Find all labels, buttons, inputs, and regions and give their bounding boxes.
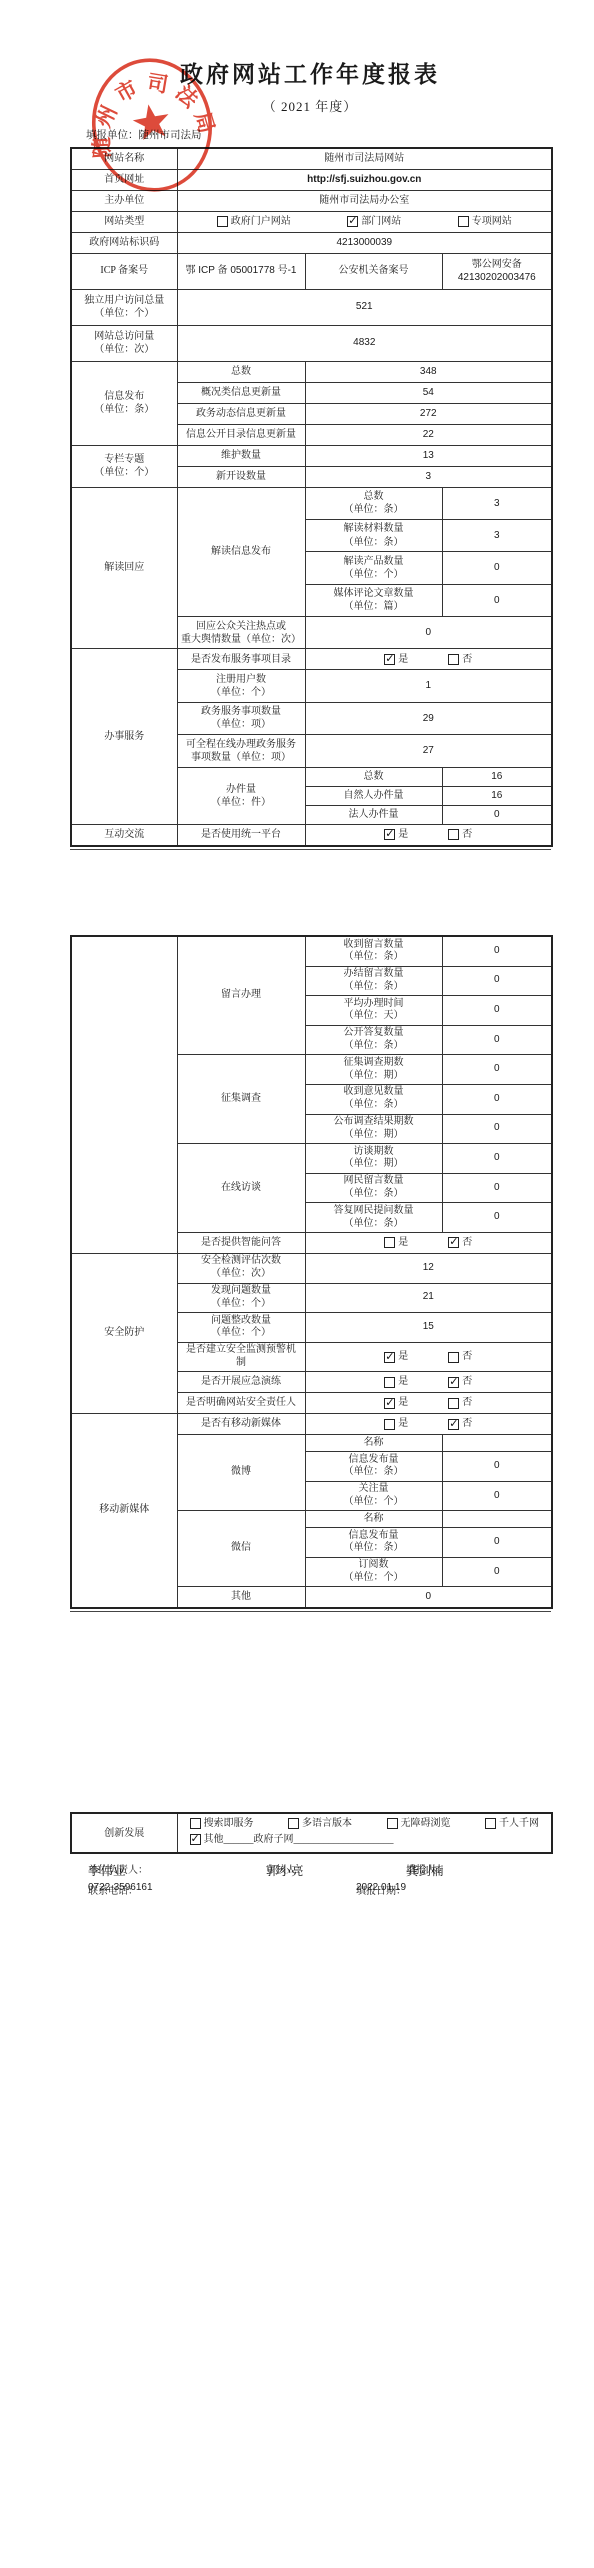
metric-value: 15 bbox=[305, 1313, 552, 1343]
checkbox-icon bbox=[384, 654, 395, 665]
metric-value bbox=[442, 1435, 552, 1452]
option-label: 专项网站 bbox=[472, 215, 512, 228]
yes-option: 是 bbox=[384, 1418, 408, 1431]
reviewer-name: 郭小亮 bbox=[266, 1861, 304, 1879]
table-row: 信息发布 （单位：条） 总数 348 bbox=[71, 361, 552, 382]
option-label: 否 bbox=[462, 653, 472, 666]
police-record-number: 42130202003476 bbox=[458, 272, 536, 283]
checkbox-icon bbox=[217, 216, 228, 227]
special-columns-group-label: 专栏专题 （单位：个） bbox=[71, 445, 177, 487]
option-label: 是 bbox=[398, 1351, 408, 1364]
metric-value: 0 bbox=[442, 584, 552, 616]
metric-value: 27 bbox=[305, 735, 552, 767]
metric-value: 0 bbox=[442, 966, 552, 996]
organizer-value: 随州市司法局办公室 bbox=[177, 190, 552, 211]
metric-label: 可全程在线办理政务服务 事项数量（单位：项） bbox=[177, 735, 305, 767]
checkbox-icon bbox=[448, 654, 459, 665]
metric-label: 信息发布量 （单位：条） bbox=[305, 1528, 442, 1558]
metric-value: 0 bbox=[442, 1084, 552, 1114]
icp-label: ICP 备案号 bbox=[71, 253, 177, 289]
site-name-label: 网站名称 bbox=[71, 148, 177, 169]
yes-option: 是 bbox=[384, 653, 408, 666]
option-label: 是 bbox=[398, 653, 408, 666]
response-hotspot-label: 回应公众关注热点或 重大舆情数量（单位：次） bbox=[177, 617, 305, 649]
metric-value bbox=[442, 1511, 552, 1528]
metric-label: 法人办件量 bbox=[305, 805, 442, 824]
info-publish-group-label: 信息发布 （单位：条） bbox=[71, 361, 177, 445]
checkbox-icon bbox=[458, 216, 469, 227]
metric-label: 收到意见数量 （单位：条） bbox=[305, 1084, 442, 1114]
response-hotspot-value: 0 bbox=[305, 617, 552, 649]
checkbox-icon bbox=[448, 1352, 459, 1363]
surveys-group-label: 征集调查 bbox=[177, 1055, 305, 1144]
yes-option: 是 bbox=[384, 828, 408, 841]
wechat-group-label: 微信 bbox=[177, 1511, 305, 1587]
metric-label: 维护数量 bbox=[177, 445, 305, 466]
reporting-unit: 填报单位：随州市司法局 bbox=[86, 127, 550, 142]
option-label: 其他______政府子网____________________ bbox=[204, 1833, 394, 1846]
interpretation-publish-label: 解读信息发布 bbox=[177, 487, 305, 617]
no-option: 否 bbox=[448, 1237, 472, 1250]
checkbox-icon bbox=[288, 1818, 299, 1829]
security-group-label: 安全防护 bbox=[71, 1253, 177, 1413]
option-label: 否 bbox=[462, 1237, 472, 1250]
option-label: 政府门户网站 bbox=[231, 215, 291, 228]
messages-group-label: 留言办理 bbox=[177, 936, 305, 1055]
option-label: 否 bbox=[462, 1376, 472, 1389]
report-table-page2: 留言办理 收到留言数量 （单位：条） 0 办结留言数量 （单位：条）0 平均办理… bbox=[70, 935, 553, 1609]
metric-label: 办结留言数量 （单位：条） bbox=[305, 966, 442, 996]
signature-block: 单位负责人：李伟业 审核人：郭小亮 填报人：龚剑楠 联系电话：0722-3596… bbox=[70, 1861, 551, 1901]
metric-value: 3 bbox=[305, 466, 552, 487]
metric-label: 信息公开目录信息更新量 bbox=[177, 424, 305, 445]
unified-platform-label: 是否使用统一平台 bbox=[177, 825, 305, 846]
metric-label: 答复网民提问数量 （单位：条） bbox=[305, 1203, 442, 1233]
metric-label: 解读产品数量 （单位：个） bbox=[305, 552, 442, 584]
metric-value: 0 bbox=[442, 1025, 552, 1055]
metric-label: 征集调查期数 （单位：期） bbox=[305, 1055, 442, 1085]
organizer-label: 主办单位 bbox=[71, 190, 177, 211]
checkbox-icon bbox=[190, 1818, 201, 1829]
unique-visitors-value: 521 bbox=[177, 289, 552, 325]
metric-value: 348 bbox=[305, 361, 552, 382]
metric-label: 发现问题数量 （单位：个） bbox=[177, 1283, 305, 1313]
metric-value: 3 bbox=[442, 487, 552, 519]
metric-value: 1 bbox=[305, 670, 552, 702]
metric-value: 0 bbox=[442, 1144, 552, 1174]
metric-label: 注册用户数 （单位：个） bbox=[177, 670, 305, 702]
yes-option: 是 bbox=[384, 1237, 408, 1250]
site-code-value: 4213000039 bbox=[177, 232, 552, 253]
metric-value: 29 bbox=[305, 702, 552, 734]
has-new-media-label: 是否有移动新媒体 bbox=[177, 1414, 305, 1435]
table-row: 留言办理 收到留言数量 （单位：条） 0 bbox=[71, 936, 552, 966]
report-page-2: 留言办理 收到留言数量 （单位：条） 0 办结留言数量 （单位：条）0 平均办理… bbox=[0, 856, 594, 1712]
metric-value: 272 bbox=[305, 403, 552, 424]
home-url-label: 首页网址 bbox=[71, 169, 177, 190]
checkbox-icon bbox=[384, 1419, 395, 1430]
metric-value: 0 bbox=[442, 805, 552, 824]
metric-value: 54 bbox=[305, 382, 552, 403]
home-url-value: http://sfj.suizhou.gov.cn bbox=[177, 169, 552, 190]
table-row: 网站名称 随州市司法局网站 bbox=[71, 148, 552, 169]
table-row: 解读回应 解读信息发布 总数 （单位：条） 3 bbox=[71, 487, 552, 519]
head-name: 李伟业 bbox=[88, 1861, 126, 1879]
table-row: 专栏专题 （单位：个） 维护数量 13 bbox=[71, 445, 552, 466]
checkbox-icon bbox=[384, 829, 395, 840]
metric-value: 0 bbox=[442, 1203, 552, 1233]
checkbox-icon bbox=[384, 1398, 395, 1409]
emergency-drill-label: 是否开展应急演练 bbox=[177, 1372, 305, 1393]
no-option: 否 bbox=[448, 653, 472, 666]
police-record-label: 公安机关备案号 bbox=[305, 253, 442, 289]
total-visits-label: 网站总访问量 （单位：次） bbox=[71, 325, 177, 361]
metric-label: 政务动态信息更新量 bbox=[177, 403, 305, 424]
metric-label: 概况类信息更新量 bbox=[177, 382, 305, 403]
option-label: 否 bbox=[462, 1397, 472, 1410]
innovation-table: 创新发展 搜索即服务 多语言版本 无障碍浏览 千人千网 其他______政府子网… bbox=[70, 1812, 553, 1854]
metric-value: 0 bbox=[442, 1173, 552, 1203]
table-row: 安全防护 安全检测评估次数 （单位：次） 12 bbox=[71, 1253, 552, 1283]
report-page-1: 随州市司法局 政府网站工作年度报表 （ 2021 年度） 填报单位：随州市司法局… bbox=[0, 0, 594, 856]
police-record-value: 鄂公网安备 42130202003476 bbox=[442, 253, 552, 289]
metric-value: 22 bbox=[305, 424, 552, 445]
site-type-option: 专项网站 bbox=[458, 215, 512, 228]
option-label: 否 bbox=[462, 828, 472, 841]
option-label: 否 bbox=[462, 1418, 472, 1431]
innovation-option: 无障碍浏览 bbox=[387, 1817, 451, 1830]
service-catalog-label: 是否发布服务事项目录 bbox=[177, 649, 305, 670]
metric-label: 政务服务事项数量 （单位：项） bbox=[177, 702, 305, 734]
metric-label: 信息发布量 （单位：条） bbox=[305, 1452, 442, 1482]
checkbox-icon bbox=[485, 1818, 496, 1829]
metric-value: 13 bbox=[305, 445, 552, 466]
metric-value: 0 bbox=[442, 552, 552, 584]
interpretation-group-label: 解读回应 bbox=[71, 487, 177, 649]
checkbox-icon bbox=[384, 1352, 395, 1363]
yes-option: 是 bbox=[384, 1376, 408, 1389]
table-row: 互动交流 是否使用统一平台 是 否 bbox=[71, 825, 552, 846]
option-label: 搜索即服务 bbox=[204, 1817, 254, 1830]
interaction-group-label: 互动交流 bbox=[71, 825, 177, 846]
option-label: 多语言版本 bbox=[302, 1817, 352, 1830]
option-label: 无障碍浏览 bbox=[401, 1817, 451, 1830]
table-closing-line bbox=[70, 849, 551, 850]
cases-group-label: 办件量 （单位：件） bbox=[177, 767, 305, 825]
icp-value: 鄂 ICP 备 05001778 号-1 bbox=[177, 253, 305, 289]
checkbox-icon bbox=[448, 1377, 459, 1388]
table-row: 独立用户访问总量 （单位：个） 521 bbox=[71, 289, 552, 325]
checkbox-icon bbox=[347, 216, 358, 227]
metric-label: 新开设数量 bbox=[177, 466, 305, 487]
no-option: 否 bbox=[448, 1376, 472, 1389]
metric-value: 0 bbox=[442, 1481, 552, 1511]
interviews-group-label: 在线访谈 bbox=[177, 1144, 305, 1233]
metric-label: 公开答复数量 （单位：条） bbox=[305, 1025, 442, 1055]
checkbox-icon bbox=[448, 829, 459, 840]
unique-visitors-label: 独立用户访问总量 （单位：个） bbox=[71, 289, 177, 325]
metric-label: 安全检测评估次数 （单位：次） bbox=[177, 1253, 305, 1283]
metric-label: 名称 bbox=[305, 1435, 442, 1452]
option-label: 否 bbox=[462, 1351, 472, 1364]
metric-value: 16 bbox=[442, 767, 552, 786]
innovation-option: 搜索即服务 bbox=[190, 1817, 254, 1830]
metric-value: 16 bbox=[442, 786, 552, 805]
metric-value: 0 bbox=[442, 1055, 552, 1085]
metric-label: 问题整改数量 （单位：个） bbox=[177, 1313, 305, 1343]
page-title: 政府网站工作年度报表 bbox=[70, 0, 550, 89]
metric-label: 网民留言数量 （单位：条） bbox=[305, 1173, 442, 1203]
metric-value: 0 bbox=[442, 1557, 552, 1587]
security-officer-label: 是否明确网站安全责任人 bbox=[177, 1393, 305, 1414]
checkbox-icon bbox=[387, 1818, 398, 1829]
metric-value: 21 bbox=[305, 1283, 552, 1313]
site-name-value: 随州市司法局网站 bbox=[177, 148, 552, 169]
metric-label: 总数 bbox=[305, 767, 442, 786]
metric-label: 订阅数 （单位：个） bbox=[305, 1557, 442, 1587]
site-code-label: 政府网站标识码 bbox=[71, 232, 177, 253]
metric-label: 关注量 （单位：个） bbox=[305, 1481, 442, 1511]
yes-option: 是 bbox=[384, 1351, 408, 1364]
table-row: 移动新媒体 是否有移动新媒体 是 否 bbox=[71, 1414, 552, 1435]
filler-name: 龚剑楠 bbox=[406, 1861, 444, 1879]
site-type-option: 部门网站 bbox=[347, 215, 401, 228]
metric-label: 总数 （单位：条） bbox=[305, 487, 442, 519]
metric-label: 访谈期数 （单位：期） bbox=[305, 1144, 442, 1174]
innovation-other-option: 其他______政府子网____________________ bbox=[190, 1833, 394, 1846]
table-row: ICP 备案号 鄂 ICP 备 05001778 号-1 公安机关备案号 鄂公网… bbox=[71, 253, 552, 289]
option-label: 部门网站 bbox=[361, 215, 401, 228]
metric-value: 12 bbox=[305, 1253, 552, 1283]
no-option: 否 bbox=[448, 1418, 472, 1431]
no-option: 否 bbox=[448, 1351, 472, 1364]
metric-label: 媒体评论文章数量 （单位：篇） bbox=[305, 584, 442, 616]
checkbox-icon bbox=[384, 1237, 395, 1248]
table-row: 网站总访问量 （单位：次） 4832 bbox=[71, 325, 552, 361]
option-label: 是 bbox=[398, 1418, 408, 1431]
option-label: 千人千网 bbox=[499, 1817, 539, 1830]
other-media-label: 其他 bbox=[177, 1587, 305, 1608]
metric-value: 0 bbox=[442, 1528, 552, 1558]
police-record-name: 鄂公网安备 bbox=[472, 259, 522, 270]
services-group-label: 办事服务 bbox=[71, 649, 177, 825]
metric-label: 总数 bbox=[177, 361, 305, 382]
option-label: 是 bbox=[398, 1237, 408, 1250]
report-year: （ 2021 年度） bbox=[70, 96, 550, 115]
checkbox-icon bbox=[190, 1834, 201, 1845]
option-label: 是 bbox=[398, 828, 408, 841]
table-row: 政府网站标识码 4213000039 bbox=[71, 232, 552, 253]
innovation-option: 多语言版本 bbox=[288, 1817, 352, 1830]
table-closing-line bbox=[70, 1611, 551, 1612]
site-type-label: 网站类型 bbox=[71, 211, 177, 232]
table-row: 办事服务 是否发布服务事项目录 是 否 bbox=[71, 649, 552, 670]
metric-value: 3 bbox=[442, 519, 552, 551]
yes-option: 是 bbox=[384, 1397, 408, 1410]
date-value: 2022.01.19 bbox=[356, 1882, 406, 1893]
table-row: 网站类型 政府门户网站 部门网站 专项网站 bbox=[71, 211, 552, 232]
checkbox-icon bbox=[384, 1377, 395, 1388]
checkbox-icon bbox=[448, 1419, 459, 1430]
metric-value: 0 bbox=[442, 1114, 552, 1144]
metric-label: 收到留言数量 （单位：条） bbox=[305, 936, 442, 966]
other-media-value: 0 bbox=[305, 1587, 552, 1608]
total-visits-value: 4832 bbox=[177, 325, 552, 361]
new-media-group-label: 移动新媒体 bbox=[71, 1414, 177, 1608]
metric-label: 名称 bbox=[305, 1511, 442, 1528]
report-page-3: 创新发展 搜索即服务 多语言版本 无障碍浏览 千人千网 其他______政府子网… bbox=[0, 1712, 594, 2568]
no-option: 否 bbox=[448, 1397, 472, 1410]
metric-label: 自然人办件量 bbox=[305, 786, 442, 805]
checkbox-icon bbox=[448, 1237, 459, 1248]
smart-qa-label: 是否提供智能问答 bbox=[177, 1232, 305, 1253]
option-label: 是 bbox=[398, 1376, 408, 1389]
report-table-page1: 网站名称 随州市司法局网站 首页网址 http://sfj.suizhou.go… bbox=[70, 147, 553, 847]
site-type-option: 政府门户网站 bbox=[217, 215, 291, 228]
phone-number: 0722-3596161 bbox=[88, 1882, 153, 1893]
metric-label: 平均办理时间 （单位：天） bbox=[305, 996, 442, 1026]
no-option: 否 bbox=[448, 828, 472, 841]
metric-value: 0 bbox=[442, 1452, 552, 1482]
table-row: 首页网址 http://sfj.suizhou.gov.cn bbox=[71, 169, 552, 190]
weibo-group-label: 微博 bbox=[177, 1435, 305, 1511]
table-row: 创新发展 搜索即服务 多语言版本 无障碍浏览 千人千网 其他______政府子网… bbox=[71, 1813, 552, 1853]
metric-value: 0 bbox=[442, 936, 552, 966]
option-label: 是 bbox=[398, 1397, 408, 1410]
checkbox-icon bbox=[448, 1398, 459, 1409]
metric-label: 公布调查结果期数 （单位：期） bbox=[305, 1114, 442, 1144]
interaction-continued-cell bbox=[71, 936, 177, 1253]
security-monitor-label: 是否建立安全监测预警机 制 bbox=[177, 1342, 305, 1372]
innovation-group-label: 创新发展 bbox=[71, 1813, 177, 1853]
table-row: 主办单位 随州市司法局办公室 bbox=[71, 190, 552, 211]
metric-label: 解读材料数量 （单位：条） bbox=[305, 519, 442, 551]
innovation-option: 千人千网 bbox=[485, 1817, 539, 1830]
metric-value: 0 bbox=[442, 996, 552, 1026]
